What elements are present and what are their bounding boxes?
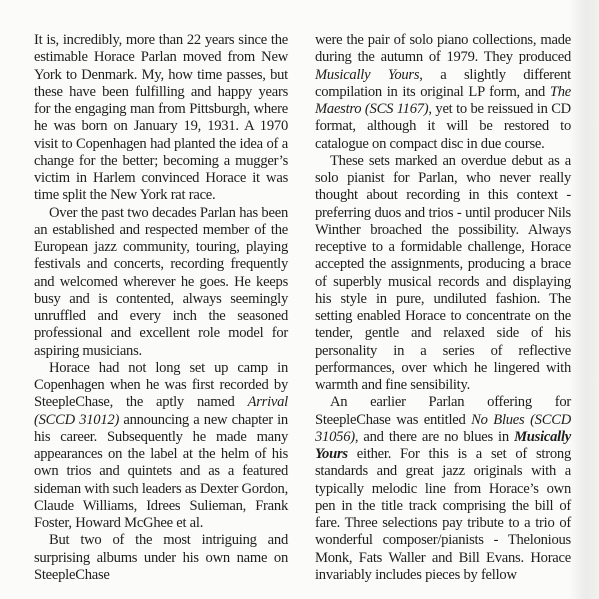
paragraph-solo-albums-intro: But two of the most intriguing and surpr… (34, 532, 288, 584)
paragraph-european-career: Over the past two decades Parlan has bee… (34, 205, 288, 360)
right-text-column: were the pair of solo piano collections,… (315, 32, 571, 584)
left-text-column: It is, incredibly, more than 22 years si… (34, 32, 288, 584)
paragraph-solo-debut: These sets marked an overdue debut as a … (315, 153, 571, 395)
paragraph-intro: It is, incredibly, more than 22 years si… (34, 32, 288, 205)
text: , and there are no blues in (355, 429, 514, 445)
text: announcing a new chapter in his career. … (34, 412, 288, 532)
album-title-musically-yours: Musically Yours (315, 67, 419, 83)
page-edge-shadow (569, 0, 599, 599)
text: either. For this is a set of strong stan… (315, 446, 571, 583)
paragraph-steeplechase-arrival: Horace had not long set up camp in Copen… (34, 360, 288, 533)
paragraph-no-blues: An earlier Parlan offering for SteepleCh… (315, 394, 571, 584)
paragraph-solo-piano-collections: were the pair of solo piano collections,… (315, 32, 571, 153)
text: were the pair of solo piano collections,… (315, 32, 571, 65)
